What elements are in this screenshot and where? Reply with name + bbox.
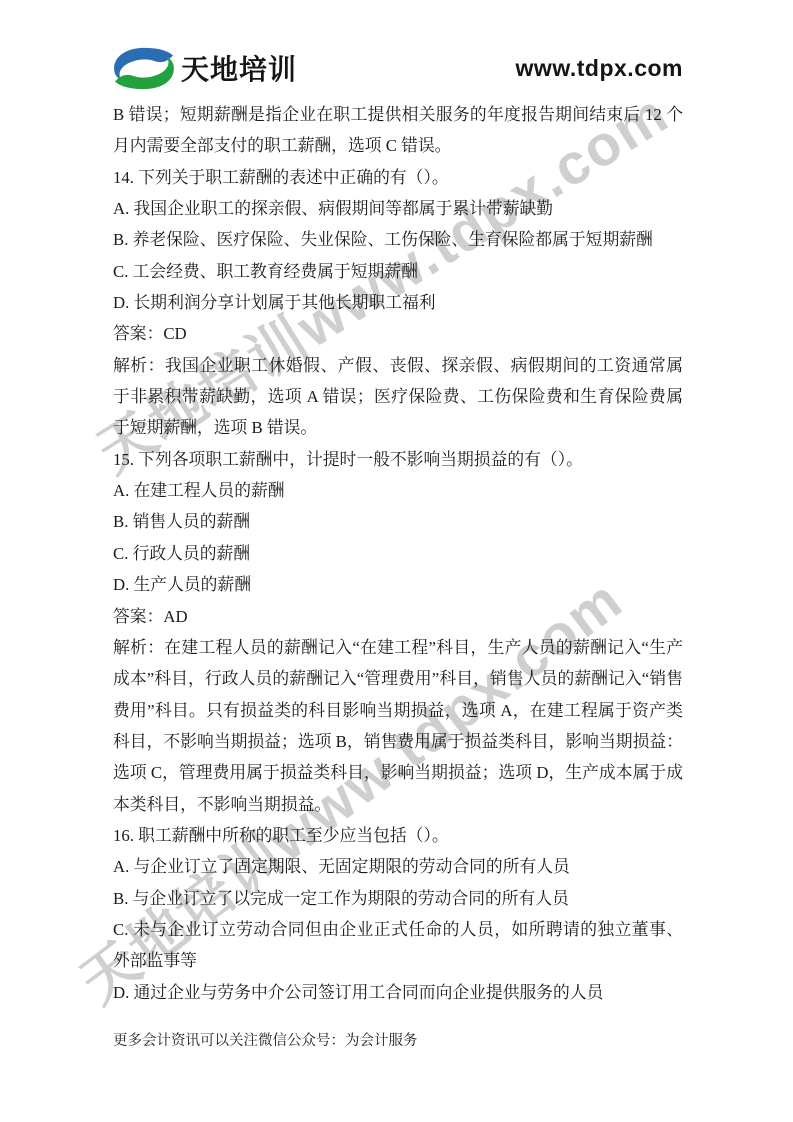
site-url: www.tdpx.com — [516, 55, 683, 82]
document-body: B 错误；短期薪酬是指企业在职工提供相关服务的年度报告期间结束后 12 个月内需… — [113, 99, 683, 1008]
paragraph: 15. 下列各项职工薪酬中，计提时一般不影响当期损益的有（）。 — [113, 444, 683, 475]
paragraph: D. 通过企业与劳务中介公司签订用工合同而向企业提供服务的人员 — [113, 977, 683, 1008]
paragraph: 答案：AD — [113, 601, 683, 632]
paragraph: 14. 下列关于职工薪酬的表述中正确的有（）。 — [113, 162, 683, 193]
document-page: 天地培训www.tdpx.com 天地培训www.tdpx.com 天地培训 w… — [0, 0, 793, 1122]
paragraph: D. 长期利润分享计划属于其他长期职工福利 — [113, 287, 683, 318]
paragraph: A. 与企业订立了固定期限、无固定期限的劳动合同的所有人员 — [113, 851, 683, 882]
paragraph: C. 未与企业订立劳动合同但由企业正式任命的人员，如所聘请的独立董事、外部监事等 — [113, 914, 683, 977]
paragraph: B. 销售人员的薪酬 — [113, 506, 683, 537]
paragraph: C. 工会经费、职工教育经费属于短期薪酬 — [113, 256, 683, 287]
paragraph: B 错误；短期薪酬是指企业在职工提供相关服务的年度报告期间结束后 12 个月内需… — [113, 99, 683, 162]
paragraph: 解析：我国企业职工休婚假、产假、丧假、探亲假、病假期间的工资通常属于非累积带薪缺… — [113, 350, 683, 444]
paragraph: C. 行政人员的薪酬 — [113, 538, 683, 569]
paragraph: A. 我国企业职工的探亲假、病假期间等都属于累计带薪缺勤 — [113, 193, 683, 224]
paragraph: 16. 职工薪酬中所称的职工至少应当包括（）。 — [113, 820, 683, 851]
paragraph: 答案：CD — [113, 318, 683, 349]
paragraph: D. 生产人员的薪酬 — [113, 569, 683, 600]
logo-swirl-icon — [113, 47, 175, 90]
footer-note: 更多会计资讯可以关注微信公众号：为会计服务 — [113, 1029, 418, 1050]
logo-text: 天地培训 — [181, 48, 297, 88]
paragraph: A. 在建工程人员的薪酬 — [113, 475, 683, 506]
paragraph: 解析：在建工程人员的薪酬记入“在建工程”科目，生产人员的薪酬记入“生产成本”科目… — [113, 632, 683, 820]
paragraph: B. 与企业订立了以完成一定工作为期限的劳动合同的所有人员 — [113, 883, 683, 914]
paragraph: B. 养老保险、医疗保险、失业保险、工伤保险、生育保险都属于短期薪酬 — [113, 224, 683, 255]
logo: 天地培训 — [113, 47, 297, 90]
page-header: 天地培训 www.tdpx.com — [113, 42, 683, 94]
